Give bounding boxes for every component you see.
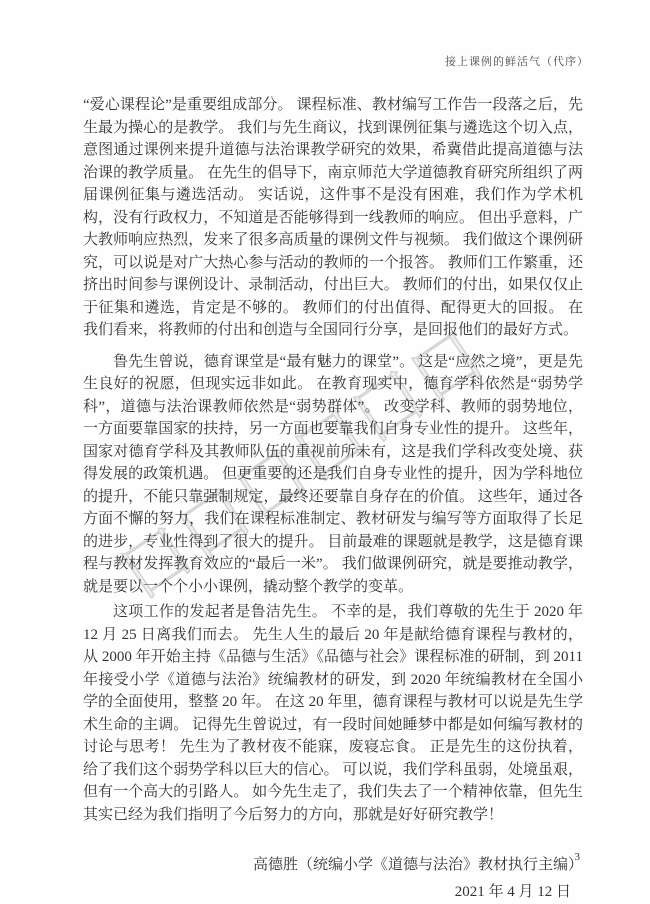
running-header: 接上课例的鲜活气（代序） — [445, 53, 589, 69]
signature-date: 2021 年 4 月 12 日 — [83, 881, 583, 904]
page-number: 3 — [575, 851, 581, 863]
paragraph-1: “爱心课程论”是重要组成部分。 课程标准、教材编写工作告一段落之后，先生最为操心… — [83, 94, 583, 342]
document-page: 囗囗囗囗囗囗 接上课例的鲜活气（代序） “爱心课程论”是重要组成部分。 课程标准… — [0, 0, 650, 904]
paragraph-3: 这项工作的发起者是鲁洁先生。 不幸的是，我们尊敬的先生于 2020 年 12 月… — [83, 601, 583, 826]
paragraph-2: 鲁先生曾说，德育课堂是“最有魅力的课堂”。 这是“应然之境”，更是先生良好的祝愿… — [83, 351, 583, 599]
article-body: “爱心课程论”是重要组成部分。 课程标准、教材编写工作告一段落之后，先生最为操心… — [83, 94, 583, 903]
signature-author: 高德胜（统编小学《道德与法治》教材执行主编） — [83, 854, 583, 877]
